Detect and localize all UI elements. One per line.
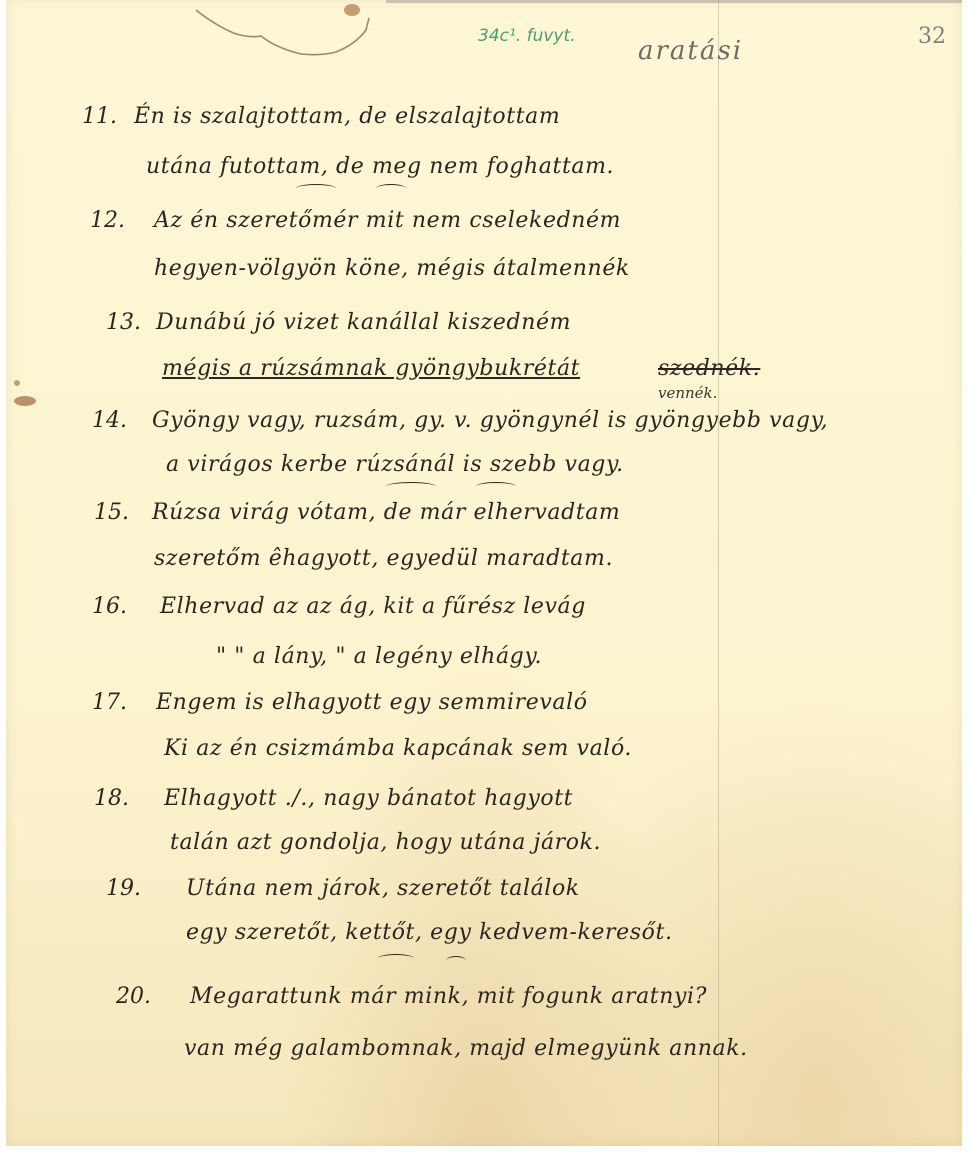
- verse-line: Ki az én csizmámba kapcának sem való.: [164, 736, 632, 761]
- verse-line: egy szeretőt, kettőt, egy kedvem-keresőt…: [186, 920, 673, 945]
- verse-line: Rúzsa virág vótam, de már elhervadtam: [152, 500, 620, 525]
- paper-top-edge: [386, 0, 962, 3]
- page-title: aratási: [638, 36, 743, 66]
- verse-line: Dunábú jó vizet kanállal kiszedném: [156, 310, 571, 335]
- verse-line: Engem is elhagyott egy semmirevaló: [156, 690, 588, 715]
- verse-line: talán azt gondolja, hogy utána járok.: [170, 830, 601, 855]
- correction-annotation: vennék.: [658, 384, 717, 402]
- verse-line: utána futottam, de meg nem foghattam.: [146, 154, 614, 179]
- verse-line: Utána nem járok, szeretőt találok: [186, 876, 580, 901]
- verse-line: " " a lány, " a legény elhágy.: [216, 644, 542, 669]
- verse-number: 18.: [94, 786, 129, 811]
- verse-number: 17.: [92, 690, 127, 715]
- verse-number: 13.: [106, 310, 141, 335]
- verse-line: Én is szalajtottam, de elszalajtottam: [134, 104, 560, 129]
- verse-line: Az én szeretőmér mit nem cselekedném: [154, 208, 621, 233]
- ink-stain: [14, 396, 36, 406]
- verse-line: Gyöngy vagy, ruzsám, gy. v. gyöngynél is…: [152, 408, 828, 433]
- verse-line: mégis a rúzsámnak gyöngybukrétát: [162, 356, 580, 381]
- verse-number: 11.: [82, 104, 117, 129]
- struck-word: szednék.: [658, 356, 760, 381]
- verse-line: Megarattunk már mink, mit fogunk aratnyi…: [190, 984, 707, 1009]
- transcription-mark: [376, 184, 406, 193]
- archive-note: 34c¹. fuvyt.: [478, 26, 576, 46]
- verse-line: Elhervad az az ág, kit a fűrész levág: [160, 594, 586, 619]
- verse-line: van még galambomnak, majd elmegyünk anna…: [184, 1036, 748, 1061]
- manuscript-page: 34c¹. fuvyt. aratási 32 11. Én is szalaj…: [6, 0, 962, 1146]
- verse-line: a virágos kerbe rúzsánál is szebb vagy.: [166, 452, 624, 477]
- transcription-mark: [446, 956, 466, 965]
- verse-number: 12.: [90, 208, 125, 233]
- verse-number: 20.: [116, 984, 151, 1009]
- paper-fold-line: [718, 0, 719, 1146]
- verse-number: 15.: [94, 500, 129, 525]
- transcription-mark: [476, 482, 516, 491]
- page-number: 32: [918, 24, 946, 49]
- transcription-mark: [378, 954, 414, 963]
- verse-line: szeretőm êhagyott, egyedül maradtam.: [154, 546, 613, 571]
- verse-line: Elhagyott ./., nagy bánatot hagyott: [164, 786, 573, 811]
- verse-number: 19.: [106, 876, 141, 901]
- transcription-mark: [386, 482, 436, 491]
- transcription-mark: [296, 184, 336, 193]
- verse-number: 14.: [92, 408, 127, 433]
- verse-number: 16.: [92, 594, 127, 619]
- ink-stain: [344, 4, 360, 16]
- ink-stain: [14, 380, 20, 386]
- verse-line: hegyen-völgyön köne, mégis átalmennék: [154, 256, 630, 281]
